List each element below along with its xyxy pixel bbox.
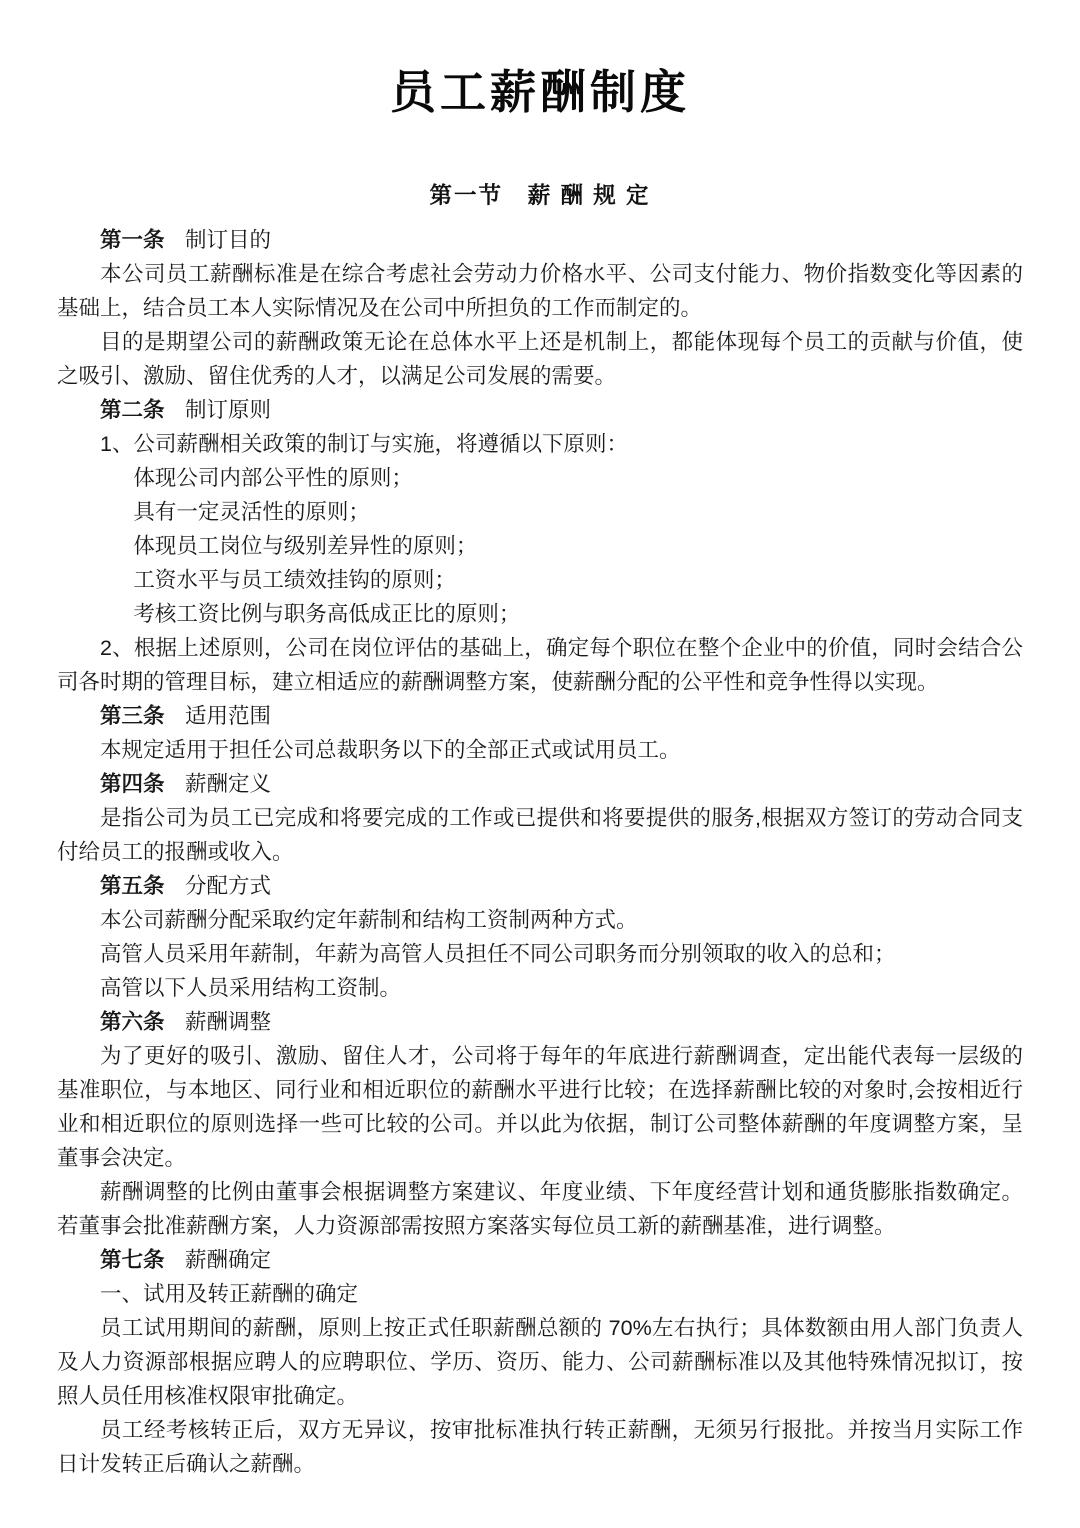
paragraph: 本公司薪酬分配采取约定年薪制和结构工资制两种方式。: [57, 903, 1023, 937]
principle-item: 具有一定灵活性的原则；: [57, 495, 1023, 529]
article-3-heading: 第三条适用范围: [57, 699, 1023, 733]
article-1-heading: 第一条制订目的: [57, 223, 1023, 257]
article-6-heading: 第六条薪酬调整: [57, 1005, 1023, 1039]
principle-item: 体现员工岗位与级别差异性的原则；: [57, 529, 1023, 563]
article-6-title: 薪酬调整: [185, 1010, 271, 1034]
article-3-label: 第三条: [100, 704, 165, 728]
paragraph: 员工经考核转正后，双方无异议，按审批标准执行转正薪酬，无须另行报批。并按当月实际…: [57, 1413, 1023, 1481]
paragraph: 本公司员工薪酬标准是在综合考虑社会劳动力价格水平、公司支付能力、物价指数变化等因…: [57, 257, 1023, 325]
paragraph: 高管以下人员采用结构工资制。: [57, 971, 1023, 1005]
principle-item: 工资水平与员工绩效挂钩的原则；: [57, 563, 1023, 597]
article-4-label: 第四条: [100, 772, 165, 796]
section-heading: 第一节薪 酬 规 定: [57, 181, 1023, 211]
article-2-heading: 第二条制订原则: [57, 393, 1023, 427]
paragraph: 高管人员采用年薪制，年薪为高管人员担任不同公司职务而分别领取的收入的总和；: [57, 937, 1023, 971]
paragraph: 为了更好的吸引、激励、留住人才，公司将于每年的年底进行薪酬调查，定出能代表每一层…: [57, 1039, 1023, 1175]
paragraph: 2、根据上述原则，公司在岗位评估的基础上，确定每个职位在整个企业中的价值，同时会…: [57, 631, 1023, 699]
article-5-heading: 第五条分配方式: [57, 869, 1023, 903]
article-5-label: 第五条: [100, 874, 165, 898]
article-4-title: 薪酬定义: [185, 772, 271, 796]
section-name: 薪 酬 规 定: [528, 183, 651, 208]
paragraph: 1、公司薪酬相关政策的制订与实施，将遵循以下原则：: [57, 427, 1023, 461]
paragraph: 目的是期望公司的薪酬政策无论在总体水平上还是机制上，都能体现每个员工的贡献与价值…: [57, 325, 1023, 393]
paragraph: 员工试用期间的薪酬，原则上按正式任职薪酬总额的 70%左右执行；具体数额由用人部…: [57, 1311, 1023, 1413]
principle-item: 考核工资比例与职务高低成正比的原则；: [57, 597, 1023, 631]
article-3-title: 适用范围: [185, 704, 271, 728]
article-2-title: 制订原则: [185, 398, 271, 422]
section-number: 第一节: [429, 183, 503, 208]
paragraph: 一、试用及转正薪酬的确定: [57, 1277, 1023, 1311]
article-1-label: 第一条: [100, 228, 165, 252]
paragraph: 薪酬调整的比例由董事会根据调整方案建议、年度业绩、下年度经营计划和通货膨胀指数确…: [57, 1175, 1023, 1243]
document-page: 员工薪酬制度 第一节薪 酬 规 定 第一条制订目的 本公司员工薪酬标准是在综合考…: [0, 0, 1080, 1528]
article-1-title: 制订目的: [185, 228, 271, 252]
article-4-heading: 第四条薪酬定义: [57, 767, 1023, 801]
document-title: 员工薪酬制度: [57, 66, 1023, 119]
principle-item: 体现公司内部公平性的原则；: [57, 461, 1023, 495]
article-6-label: 第六条: [100, 1010, 165, 1034]
document-body: 第一条制订目的 本公司员工薪酬标准是在综合考虑社会劳动力价格水平、公司支付能力、…: [57, 223, 1023, 1481]
paragraph: 是指公司为员工已完成和将要完成的工作或已提供和将要提供的服务,根据双方签订的劳动…: [57, 801, 1023, 869]
article-5-title: 分配方式: [185, 874, 271, 898]
article-7-heading: 第七条薪酬确定: [57, 1243, 1023, 1277]
article-7-label: 第七条: [100, 1248, 165, 1272]
article-7-title: 薪酬确定: [185, 1248, 271, 1272]
article-2-label: 第二条: [100, 398, 165, 422]
paragraph: 本规定适用于担任公司总裁职务以下的全部正式或试用员工。: [57, 733, 1023, 767]
